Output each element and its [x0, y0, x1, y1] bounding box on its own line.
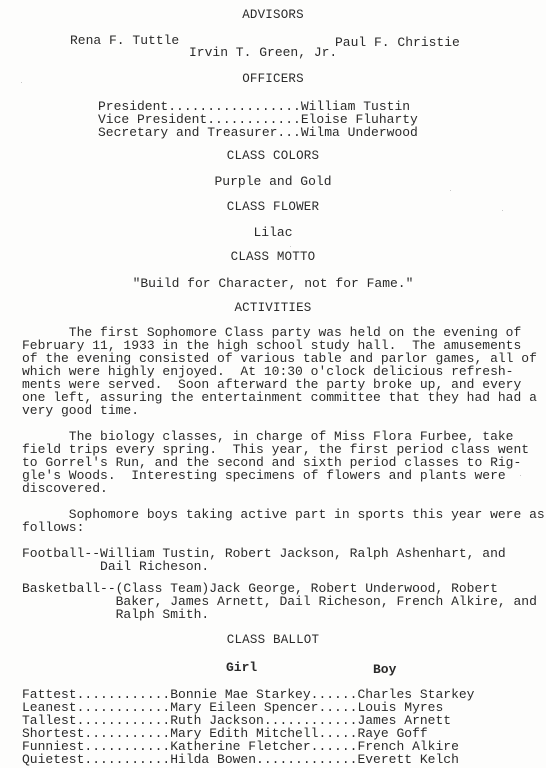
- advisor-name: Irvin T. Green, Jr.: [189, 46, 337, 59]
- class-flower-heading: CLASS FLOWER: [0, 201, 546, 214]
- advisors-heading: ADVISORS: [0, 9, 546, 22]
- scan-speck: [21, 82, 22, 83]
- scan-speck: [450, 190, 451, 191]
- paragraph-line: discovered.: [22, 482, 108, 495]
- roster-line: Dail Richeson.: [22, 560, 209, 573]
- roster-line: Ralph Smith.: [22, 608, 209, 621]
- ballot-column-girl: Girl: [226, 661, 257, 674]
- class-flower-value: Lilac: [0, 226, 546, 239]
- document-page: ADVISORS Rena F. Tuttle Paul F. Christie…: [0, 0, 546, 768]
- officers-heading: OFFICERS: [0, 73, 546, 86]
- advisor-name: Rena F. Tuttle: [70, 34, 179, 47]
- paragraph-line: follows:: [22, 521, 84, 534]
- activities-heading: ACTIVITIES: [0, 302, 546, 315]
- scan-speck: [290, 246, 291, 247]
- advisor-name: Paul F. Christie: [335, 36, 460, 49]
- class-motto-value: "Build for Character, not for Fame.": [0, 277, 546, 290]
- scan-speck: [520, 475, 521, 476]
- paragraph-line: Sophomore boys taking active part in spo…: [22, 508, 545, 521]
- ballot-row: Quietest...........Hilda Bowen..........…: [22, 753, 459, 766]
- class-ballot-heading: CLASS BALLOT: [0, 634, 546, 647]
- scan-speck: [502, 210, 503, 211]
- class-motto-heading: CLASS MOTTO: [0, 251, 546, 264]
- class-colors-value: Purple and Gold: [0, 175, 546, 188]
- officer-row: Secretary and Treasurer...Wilma Underwoo…: [98, 126, 418, 139]
- class-colors-heading: CLASS COLORS: [0, 150, 546, 163]
- paragraph-line: very good time.: [22, 404, 139, 417]
- ballot-column-boy: Boy: [373, 663, 396, 676]
